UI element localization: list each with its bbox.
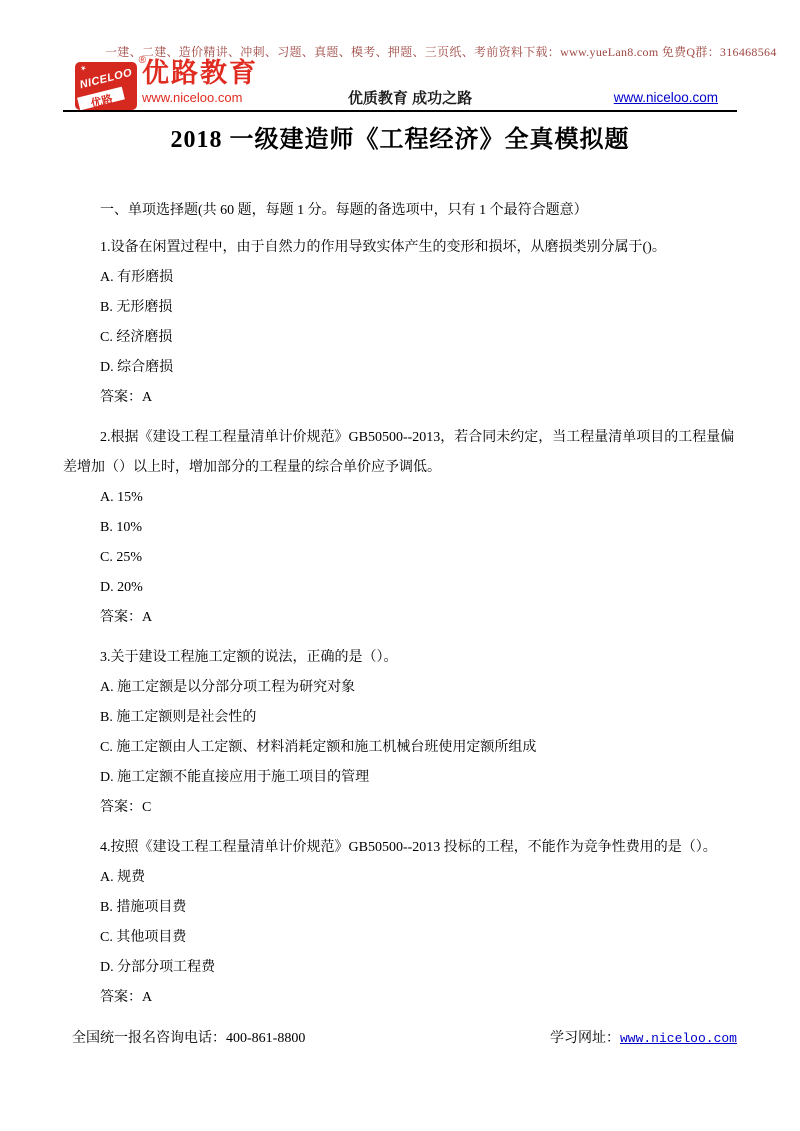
answer-line: 答案：A xyxy=(63,983,737,1013)
question-stem: 3.关于建设工程施工定额的说法，正确的是（）。 xyxy=(63,643,737,673)
answer-line: 答案：C xyxy=(63,793,737,823)
option-b: B. 无形磨损 xyxy=(63,293,737,323)
answer-line: 答案：A xyxy=(63,603,737,633)
option-c: C. 25% xyxy=(63,543,737,573)
option-b: B. 施工定额则是社会性的 xyxy=(63,703,737,733)
question-2: 2.根据《建设工程工程量清单计价规范》GB50500--2013，若合同未约定，… xyxy=(63,423,737,633)
option-d: D. 分部分项工程费 xyxy=(63,953,737,983)
document-body: 一、单项选择题(共 60 题，每题 1 分。每题的备选项中，只有 1 个最符合题… xyxy=(63,196,737,1013)
question-3: 3.关于建设工程施工定额的说法，正确的是（）。 A. 施工定额是以分部分项工程为… xyxy=(63,643,737,823)
page-title: 2018 一级建造师《工程经济》全真模拟题 xyxy=(0,119,800,154)
option-a: A. 施工定额是以分部分项工程为研究对象 xyxy=(63,673,737,703)
header-site-link[interactable]: www.niceloo.com xyxy=(614,90,718,105)
question-1: 1.设备在闲置过程中，由于自然力的作用导致实体产生的变形和损坏，从磨损类别分属于… xyxy=(63,233,737,413)
option-d: D. 综合磨损 xyxy=(63,353,737,383)
question-4: 4.按照《建设工程工程量清单计价规范》GB50500--2013 投标的工程，不… xyxy=(63,833,737,1013)
option-a: A. 规费 xyxy=(63,863,737,893)
header-divider xyxy=(63,110,737,112)
section-heading: 一、单项选择题(共 60 题，每题 1 分。每题的备选项中，只有 1 个最符合题… xyxy=(63,196,737,226)
footer-study-site: 学习网址：www.niceloo.com xyxy=(550,1028,737,1050)
option-a: A. 15% xyxy=(63,483,737,513)
option-c: C. 其他项目费 xyxy=(63,923,737,953)
page-footer: 全国统一报名咨询电话：400-861-8800 学习网址：www.niceloo… xyxy=(72,1028,737,1050)
star-icon: ✶ xyxy=(79,63,88,73)
option-d: D. 施工定额不能直接应用于施工项目的管理 xyxy=(63,763,737,793)
option-a: A. 有形磨损 xyxy=(63,263,737,293)
question-stem: 2.根据《建设工程工程量清单计价规范》GB50500--2013，若合同未约定，… xyxy=(63,423,737,483)
option-c: C. 经济磨损 xyxy=(63,323,737,353)
answer-line: 答案：A xyxy=(63,383,737,413)
option-b: B. 10% xyxy=(63,513,737,543)
footer-site-link[interactable]: www.niceloo.com xyxy=(620,1031,737,1046)
footer-study-label: 学习网址： xyxy=(550,1031,620,1046)
option-d: D. 20% xyxy=(63,573,737,603)
option-c: C. 施工定额由人工定额、材料消耗定额和施工机械台班使用定额所组成 xyxy=(63,733,737,763)
question-list: 1.设备在闲置过程中，由于自然力的作用导致实体产生的变形和损坏，从磨损类别分属于… xyxy=(63,233,737,1013)
option-b: B. 措施项目费 xyxy=(63,893,737,923)
question-stem: 1.设备在闲置过程中，由于自然力的作用导致实体产生的变形和损坏，从磨损类别分属于… xyxy=(63,233,737,263)
question-stem: 4.按照《建设工程工程量清单计价规范》GB50500--2013 投标的工程，不… xyxy=(63,833,737,863)
document-page: 一建、二建、造价精讲、冲刺、习题、真题、模考、押题、三页纸、考前资料下载：www… xyxy=(0,0,800,1131)
footer-phone: 全国统一报名咨询电话：400-861-8800 xyxy=(72,1028,305,1050)
logo-company-name: 优路教育 xyxy=(142,57,258,89)
